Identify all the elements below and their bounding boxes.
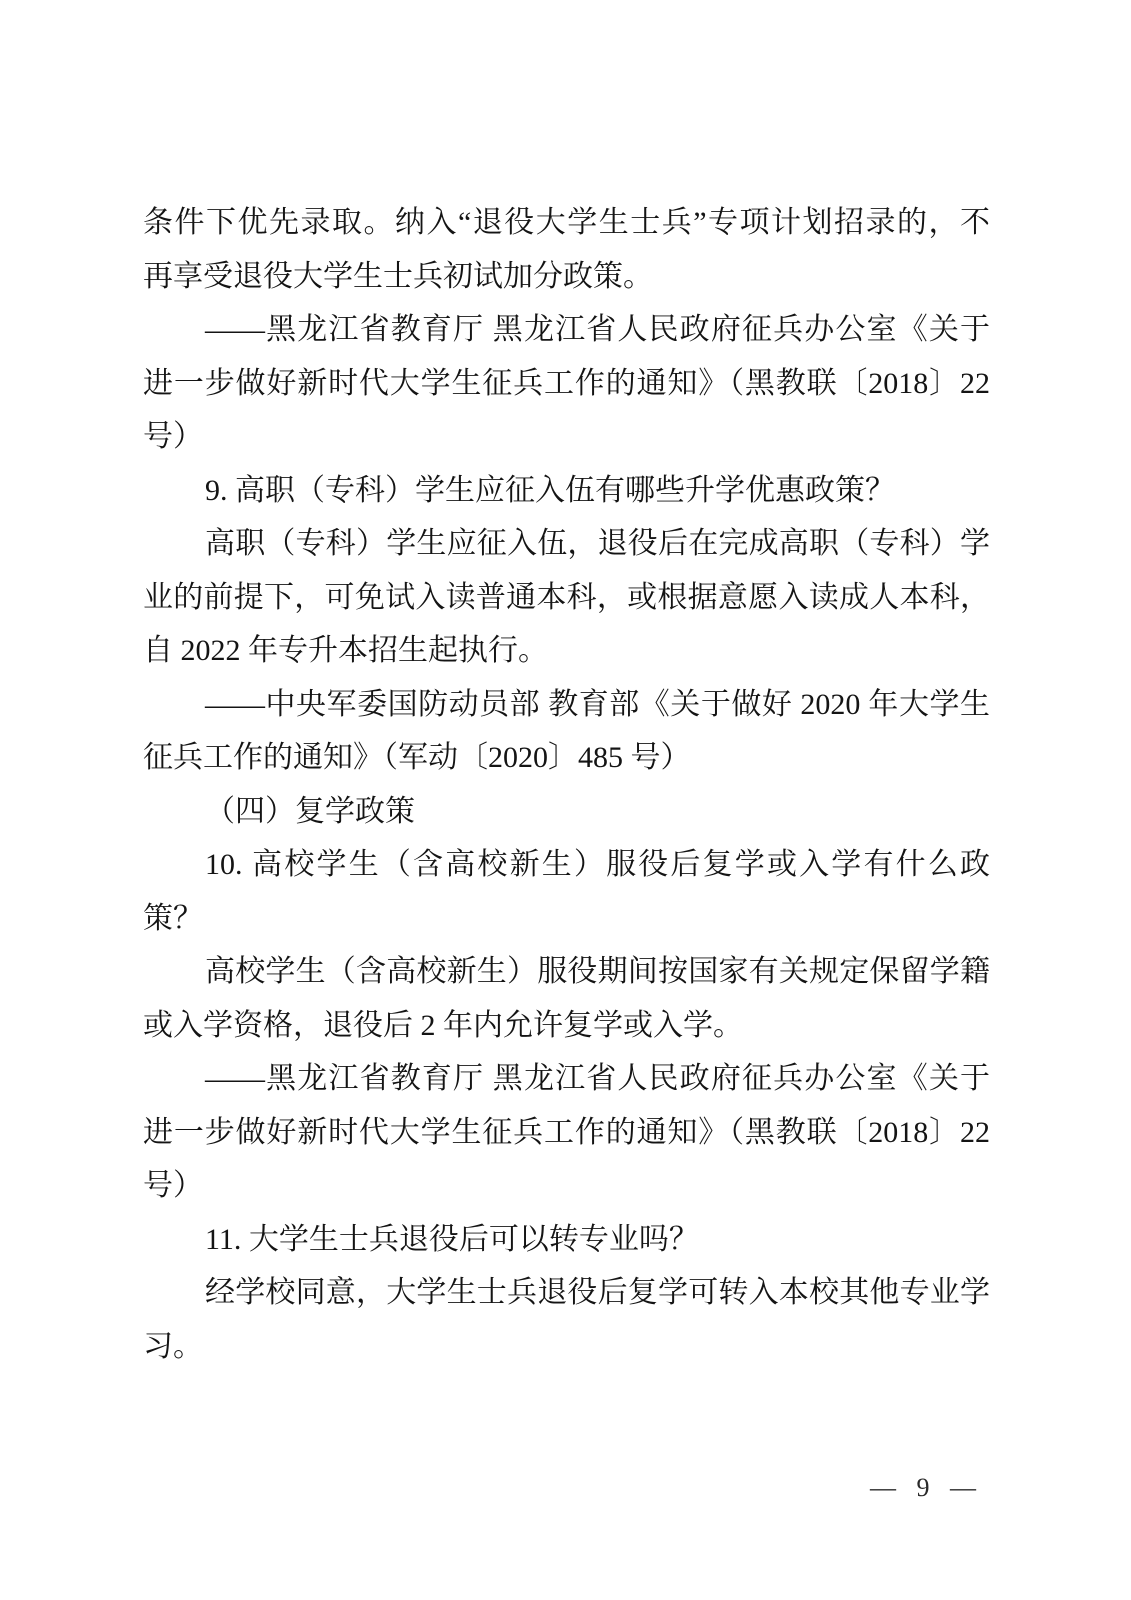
text-line: 自 2022 年专升本招生起执行。 — [143, 624, 990, 678]
paragraph: ——黑龙江省教育厅 黑龙江省人民政府征兵办公室《关于进一步做好新时代大学生征兵工… — [143, 1052, 990, 1213]
text-line: ——黑龙江省教育厅 黑龙江省人民政府征兵办公室《关于 — [143, 303, 990, 357]
text-line: ——黑龙江省教育厅 黑龙江省人民政府征兵办公室《关于 — [143, 1052, 990, 1106]
text-line: 11. 大学生士兵退役后可以转专业吗？ — [143, 1213, 990, 1267]
paragraph: 9. 高职（专科）学生应征入伍有哪些升学优惠政策？ — [143, 464, 990, 518]
text-line: 进一步做好新时代大学生征兵工作的通知》（黑教联〔2018〕22 — [143, 1106, 990, 1160]
paragraph: （四）复学政策 — [143, 785, 990, 839]
text-line: （四）复学政策 — [143, 785, 990, 839]
text-line: 经学校同意，大学生士兵退役后复学可转入本校其他专业学 — [143, 1266, 990, 1320]
text-line: ——中央军委国防动员部 教育部《关于做好 2020 年大学生 — [143, 678, 990, 732]
paragraph: ——黑龙江省教育厅 黑龙江省人民政府征兵办公室《关于进一步做好新时代大学生征兵工… — [143, 303, 990, 464]
text-line: 号） — [143, 1159, 990, 1213]
paragraph: 高校学生（含高校新生）服役期间按国家有关规定保留学籍或入学资格，退役后 2 年内… — [143, 945, 990, 1052]
text-line: 或入学资格，退役后 2 年内允许复学或入学。 — [143, 999, 990, 1053]
page-number: — 9 — — [858, 1468, 988, 1508]
text-line: 10. 高校学生（含高校新生）服役后复学或入学有什么政 — [143, 838, 990, 892]
text-line: 进一步做好新时代大学生征兵工作的通知》（黑教联〔2018〕22 — [143, 357, 990, 411]
paragraph: 10. 高校学生（含高校新生）服役后复学或入学有什么政策？ — [143, 838, 990, 945]
paragraph: 条件下优先录取。纳入“退役大学生士兵”专项计划招录的，不再享受退役大学生士兵初试… — [143, 196, 990, 303]
text-line: 策？ — [143, 892, 990, 946]
text-line: 习。 — [143, 1320, 990, 1374]
paragraph: 经学校同意，大学生士兵退役后复学可转入本校其他专业学习。 — [143, 1266, 990, 1373]
paragraph: 高职（专科）学生应征入伍，退役后在完成高职（专科）学业的前提下，可免试入读普通本… — [143, 517, 990, 678]
text-line: 9. 高职（专科）学生应征入伍有哪些升学优惠政策？ — [143, 464, 990, 518]
paragraph: ——中央军委国防动员部 教育部《关于做好 2020 年大学生征兵工作的通知》（军… — [143, 678, 990, 785]
text-line: 业的前提下，可免试入读普通本科，或根据意愿入读成人本科， — [143, 571, 990, 625]
text-line: 再享受退役大学生士兵初试加分政策。 — [143, 250, 990, 304]
text-line: 号） — [143, 410, 990, 464]
page-footer: — 9 — — [0, 1468, 1131, 1508]
text-line: 征兵工作的通知》（军动〔2020〕485 号） — [143, 731, 990, 785]
document-body-text: 条件下优先录取。纳入“退役大学生士兵”专项计划招录的，不再享受退役大学生士兵初试… — [143, 196, 990, 1373]
text-line: 高校学生（含高校新生）服役期间按国家有关规定保留学籍 — [143, 945, 990, 999]
paragraph: 11. 大学生士兵退役后可以转专业吗？ — [143, 1213, 990, 1267]
text-line: 条件下优先录取。纳入“退役大学生士兵”专项计划招录的，不 — [143, 196, 990, 250]
text-line: 高职（专科）学生应征入伍，退役后在完成高职（专科）学 — [143, 517, 990, 571]
document-page: 条件下优先录取。纳入“退役大学生士兵”专项计划招录的，不再享受退役大学生士兵初试… — [0, 0, 1131, 1600]
